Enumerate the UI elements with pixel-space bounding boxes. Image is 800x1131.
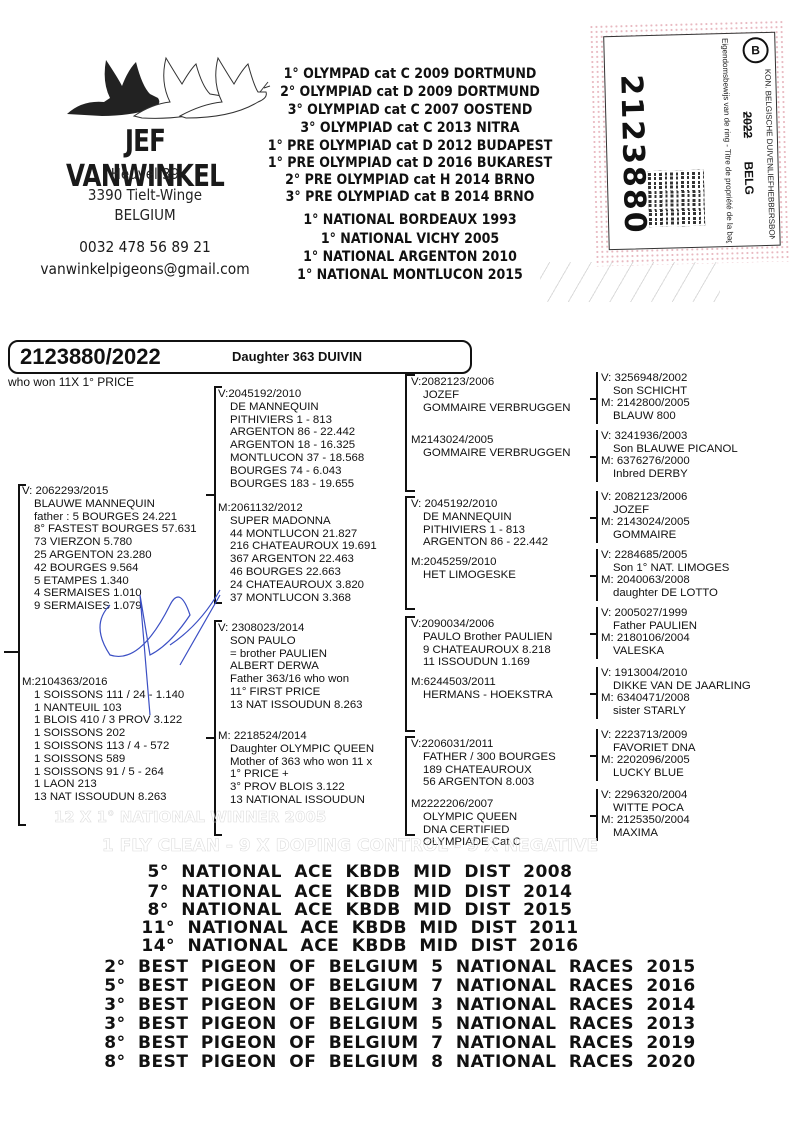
ggp-ring: 2143024/2005 [421, 434, 494, 446]
breeder-country: BELGIUM [42, 206, 249, 224]
ggp-info: JOZEF [411, 389, 570, 402]
ggp-info: GOMMAIRE VERBRUGGEN [411, 447, 570, 460]
gp-ring: 2308023/2014 [232, 622, 305, 634]
bracket-tick [590, 815, 598, 817]
sire-info: 8° FASTEST BOURGES 57.631 [22, 523, 197, 536]
gg-ring: V: 3256948/2002 [601, 372, 690, 385]
best-pigeon-award: 8° BEST PIGEON OF BELGIUM 8 NATIONAL RAC… [0, 1052, 800, 1072]
bracket-tick [590, 398, 598, 400]
dam-info: 1 SOISSONS 202 [22, 727, 184, 740]
gg-ring: M: 2142800/2005 [601, 397, 690, 410]
gp-info: 44 MONTLUCON 21.827 [218, 528, 377, 541]
breeder-email[interactable]: vanwinkelpigeons@gmail.com [30, 260, 260, 278]
gg-block: V: 2082123/2006JOZEFM: 2143024/2005GOMMA… [601, 491, 690, 541]
gp-ring: 2045192/2010 [228, 388, 301, 400]
gg-ring: M: 2180106/2004 [601, 632, 697, 645]
gp-info: SON PAULO [218, 635, 363, 648]
ggp-block: M:2045259/2010 HET LIMOGESKE [411, 556, 516, 582]
sire-ring: 2062293/2015 [36, 485, 109, 497]
gg-info: BLAUW 800 [601, 410, 690, 423]
best-pigeon-award: 2° BEST PIGEON OF BELGIUM 5 NATIONAL RAC… [0, 957, 800, 977]
gp-info: 37 MONTLUCON 3.368 [218, 592, 377, 605]
gg-info: sister STARLY [601, 705, 751, 718]
national-line: 1° NATIONAL VICHY 2005 [262, 231, 559, 247]
dam-info: 13 NAT ISSOUDUN 8.263 [22, 791, 184, 804]
gp-info: 11° FIRST PRICE [218, 686, 363, 699]
ggp-info: FATHER / 300 BOURGES [411, 751, 556, 764]
ace-award: 14° NATIONAL ACE KBDB MID DIST 2016 [0, 936, 760, 956]
granddam-2: M: 2218524/2014 Daughter OLYMPIC QUEEN M… [218, 730, 374, 807]
gp-info: SUPER MADONNA [218, 515, 377, 528]
ring-card-year: 2022 [740, 111, 755, 138]
gg-info: Son 1° NAT. LIMOGES [601, 562, 729, 575]
gp-info: 216 CHATEAUROUX 19.691 [218, 540, 377, 553]
granddam-1: M:2061132/2012 SUPER MADONNA 44 MONTLUCO… [218, 502, 377, 604]
gp-ring: 2218524/2014 [234, 730, 307, 742]
gp-info: ARGENTON 86 - 22.442 [218, 426, 364, 439]
gg-info: daughter DE LOTTO [601, 587, 729, 600]
gp-label: M: [218, 502, 231, 514]
gp-info: Daughter OLYMPIC QUEEN [218, 743, 374, 756]
ggp-info: ARGENTON 86 - 22.442 [411, 536, 548, 549]
gg-ring: V: 2005027/1999 [601, 607, 697, 620]
achievement-line: 3° PRE OLYMPIAD cat B 2014 BRNO [262, 189, 559, 205]
gg-ring: V: 2296320/2004 [601, 789, 690, 802]
ggp-block: V:2090034/2006 PAULO Brother PAULIEN 9 C… [411, 618, 552, 669]
gg-block: V: 2296320/2004WITTE POCAM: 2125350/2004… [601, 789, 690, 839]
gg-ring: V: 2082123/2006 [601, 491, 690, 504]
gp-label: M: [218, 730, 231, 742]
gg-ring: M: 2143024/2005 [601, 516, 690, 529]
bracket-tick [206, 737, 216, 739]
gp-info: DE MANNEQUIN [218, 401, 364, 414]
ggp-label: M: [411, 676, 424, 688]
gg-ring: M: 2040063/2008 [601, 574, 729, 587]
doves-logo [62, 52, 272, 122]
gg-ring: V: 2223713/2009 [601, 729, 696, 742]
gg-ring: V: 1913004/2010 [601, 667, 751, 680]
gp-info: 46 BOURGES 22.663 [218, 566, 377, 579]
bracket-tick [4, 651, 20, 653]
ace-award: 7° NATIONAL ACE KBDB MID DIST 2014 [0, 882, 760, 902]
decorative-dots [540, 262, 720, 302]
ggp-label: V: [411, 738, 421, 750]
gg-block: V: 1913004/2010DIKKE VAN DE JAARLINGM: 6… [601, 667, 751, 717]
sire-info: BLAUWE MANNEQUIN [22, 498, 197, 511]
sire-info: 25 ARGENTON 23.280 [22, 549, 197, 562]
gp-info: MONTLUCON 37 - 18.568 [218, 452, 364, 465]
best-pigeon-award: 8° BEST PIGEON OF BELGIUM 7 NATIONAL RAC… [0, 1033, 800, 1053]
ggp-label: V: [411, 618, 421, 630]
federation-logo-icon: B [742, 37, 769, 64]
achievement-line: 1° OLYMPAD cat C 2009 DORTMUND [262, 66, 559, 82]
ace-award: 11° NATIONAL ACE KBDB MID DIST 2011 [0, 918, 760, 938]
breeder-phone: 0032 478 56 89 21 [30, 238, 260, 256]
gg-block: V: 2223713/2009FAVORIET DNAM: 2202096/20… [601, 729, 696, 779]
ace-award: 8° NATIONAL ACE KBDB MID DIST 2015 [0, 900, 760, 920]
sire-info: father : 5 BOURGES 24.221 [22, 511, 197, 524]
ghost-line: 1 FLY CLEAN - 9 X DOPING CONTROL - 9 X N… [0, 836, 750, 856]
grandsire-1: V:2045192/2010 DE MANNEQUIN PITHIVIERS 1… [218, 388, 364, 490]
achievement-line: 2° OLYMPIAD cat D 2009 DORTMUND [262, 84, 559, 100]
bracket-tick [590, 575, 598, 577]
sire-info: 42 BOURGES 9.564 [22, 562, 197, 575]
dam-info: 1 BLOIS 410 / 3 PROV 3.122 [22, 714, 184, 727]
gg-info: JOZEF [601, 504, 690, 517]
ggp-label: M [411, 434, 421, 446]
bracket-tick [590, 755, 598, 757]
gg-ring: M: 2125350/2004 [601, 814, 690, 827]
best-pigeon-award: 3° BEST PIGEON OF BELGIUM 3 NATIONAL RAC… [0, 995, 800, 1015]
ggp-block: V:2206031/2011 FATHER / 300 BOURGES 189 … [411, 738, 556, 789]
signature [70, 585, 230, 715]
ggp-info: HERMANS - HOEKSTRA [411, 689, 553, 702]
gg-ring: M: 2202096/2005 [601, 754, 696, 767]
ggp-info: DE MANNEQUIN [411, 511, 548, 524]
gg-ring: M: 6376276/2000 [601, 455, 738, 468]
ring-card-number: 2123880 [613, 74, 652, 235]
breeder-street: Heuvel 39 [42, 165, 249, 183]
achievement-line: 2° PRE OLYMPIAD cat H 2014 BRNO [262, 172, 559, 188]
ownership-text: Eigendomsbewijs van de ring - Titre de p… [720, 38, 734, 243]
gp-info: Mother of 363 who won 11 x [218, 756, 374, 769]
national-line: 1° NATIONAL ARGENTON 2010 [262, 249, 559, 265]
gg-ring: V: 2284685/2005 [601, 549, 729, 562]
gg-block: V: 3256948/2002Son SCHICHTM: 2142800/200… [601, 372, 690, 422]
ring-card-country: BELG [742, 161, 757, 195]
breeder-name: JEF VANWINKEL [51, 124, 240, 194]
qr-code-icon [648, 170, 705, 227]
gg-block: V: 2005027/1999Father PAULIENM: 2180106/… [601, 607, 697, 657]
dam-label: M: [22, 676, 35, 688]
ggp-info: PAULO Brother PAULIEN [411, 631, 552, 644]
bracket-tick [590, 517, 598, 519]
gg-info: Son SCHICHT [601, 385, 690, 398]
ring-card-inner: 2123880 B KON. BELGISCHE DUIVENLIEFHEBBE… [603, 32, 781, 250]
breeder-city: 3390 Tielt-Winge [42, 186, 249, 204]
ghost-line: 12 X 1° NATIONAL WINNER 2005 [0, 808, 590, 826]
gp-info: Father 363/16 who won [218, 673, 363, 686]
achievement-line: 3° OLYMPIAD cat C 2013 NITRA [262, 120, 559, 136]
gg-block: V: 3241936/2003Son BLAUWE PICANOLM: 6376… [601, 430, 738, 480]
gg-info: Inbred DERBY [601, 468, 738, 481]
national-line: 1° NATIONAL BORDEAUX 1993 [262, 212, 559, 228]
gp-info: 3° PROV BLOIS 3.122 [218, 781, 374, 794]
ggp-ring: 2206031/2011 [421, 738, 493, 750]
gp-ring: 2061132/2012 [231, 502, 303, 514]
bracket-tick [590, 693, 598, 695]
ggp-info: PITHIVIERS 1 - 813 [411, 524, 548, 537]
ggp-ring: 2082123/2006 [421, 376, 494, 388]
ggp-ring: 6244503/2011 [424, 676, 496, 688]
gp-info: BOURGES 183 - 19.655 [218, 478, 364, 491]
ggp-ring: 2045259/2010 [424, 556, 497, 568]
achievement-line: 1° PRE OLYMPIAD cat D 2016 BUKAREST [262, 155, 559, 171]
ggp-ring: 2045192/2010 [425, 498, 498, 510]
bracket-tick [590, 456, 598, 458]
gp-info: = brother PAULIEN [218, 648, 363, 661]
ggp-info: HET LIMOGESKE [411, 569, 516, 582]
pigeon-description: Daughter 363 DUIVIN [232, 342, 362, 372]
pigeon-title-box: 2123880/2022 Daughter 363 DUIVIN [8, 340, 472, 374]
ggp-block: V:2082123/2006 JOZEF GOMMAIRE VERBRUGGEN [411, 376, 570, 414]
pigeon-ring-number: 2123880/2022 [20, 342, 161, 372]
ggp-label: M: [411, 556, 424, 568]
dam-info: 1 SOISSONS 113 / 4 - 572 [22, 740, 184, 753]
ggp-info: 56 ARGENTON 8.003 [411, 776, 556, 789]
ggp-info: 189 CHATEAUROUX [411, 764, 556, 777]
gg-info: Father PAULIEN [601, 620, 697, 633]
gp-info: PITHIVIERS 1 - 813 [218, 414, 364, 427]
ace-award: 5° NATIONAL ACE KBDB MID DIST 2008 [0, 862, 760, 882]
ggp-block: M:6244503/2011 HERMANS - HOEKSTRA [411, 676, 553, 702]
best-pigeon-award: 5° BEST PIGEON OF BELGIUM 7 NATIONAL RAC… [0, 976, 800, 996]
gp-info: ALBERT DERWA [218, 660, 363, 673]
gp-info: 13 NATIONAL ISSOUDUN [218, 794, 374, 807]
gg-ring: M: 6340471/2008 [601, 692, 751, 705]
ggp-ring: 2090034/2006 [421, 618, 494, 630]
ggp-info: 11 ISSOUDUN 1.169 [411, 656, 552, 669]
ring-ownership-card: 2123880 B KON. BELGISCHE DUIVENLIEFHEBBE… [589, 19, 791, 266]
pigeon-subtitle: who won 11X 1° PRICE [8, 375, 134, 389]
gg-info: VALESKA [601, 645, 697, 658]
gp-info: 1° PRICE + [218, 768, 374, 781]
gg-info: WITTE POCA [601, 802, 690, 815]
federation-name: KON. BELGISCHE DUIVENLIEFHEBBERSBOND / R… [763, 69, 776, 239]
ggp-label: V: [411, 376, 421, 388]
dam-info: 1 SOISSONS 589 [22, 753, 184, 766]
gg-info: GOMMAIRE [601, 529, 690, 542]
gg-ring: V: 3241936/2003 [601, 430, 738, 443]
ggp-block: M2143024/2005 GOMMAIRE VERBRUGGEN [411, 434, 570, 460]
grandsire-2: V: 2308023/2014 SON PAULO = brother PAUL… [218, 622, 363, 712]
dam-info: 1 LAON 213 [22, 778, 184, 791]
gg-info: FAVORIET DNA [601, 742, 696, 755]
sire-info: 73 VIERZON 5.780 [22, 536, 197, 549]
gg-block: V: 2284685/2005Son 1° NAT. LIMOGESM: 204… [601, 549, 729, 599]
bracket-tick [590, 633, 598, 635]
sire-label: V: [22, 485, 32, 497]
achievement-line: 3° OLYMPIAD cat C 2007 OOSTEND [262, 102, 559, 118]
ggp-block: V: 2045192/2010 DE MANNEQUIN PITHIVIERS … [411, 498, 548, 549]
bracket-tick [206, 494, 216, 496]
ggp-info: GOMMAIRE VERBRUGGEN [411, 402, 570, 415]
achievement-line: 1° PRE OLYMPIAD cat D 2012 BUDAPEST [262, 138, 559, 154]
best-pigeon-award: 3° BEST PIGEON OF BELGIUM 5 NATIONAL RAC… [0, 1014, 800, 1034]
ggp-info: 9 CHATEAUROUX 8.218 [411, 644, 552, 657]
gp-info: BOURGES 74 - 6.043 [218, 465, 364, 478]
gg-info: Son BLAUWE PICANOL [601, 443, 738, 456]
gg-info: LUCKY BLUE [601, 767, 696, 780]
gp-info: 13 NAT ISSOUDUN 8.263 [218, 699, 363, 712]
gp-info: 367 ARGENTON 22.463 [218, 553, 377, 566]
gp-info: 24 CHATEAUROUX 3.820 [218, 579, 377, 592]
gg-info: DIKKE VAN DE JAARLING [601, 680, 751, 693]
gp-label: V: [218, 388, 228, 400]
dam-info: 1 SOISSONS 91 / 5 - 264 [22, 766, 184, 779]
ggp-label: V: [411, 498, 421, 510]
gp-info: ARGENTON 18 - 16.325 [218, 439, 364, 452]
national-line: 1° NATIONAL MONTLUCON 2015 [262, 267, 559, 283]
